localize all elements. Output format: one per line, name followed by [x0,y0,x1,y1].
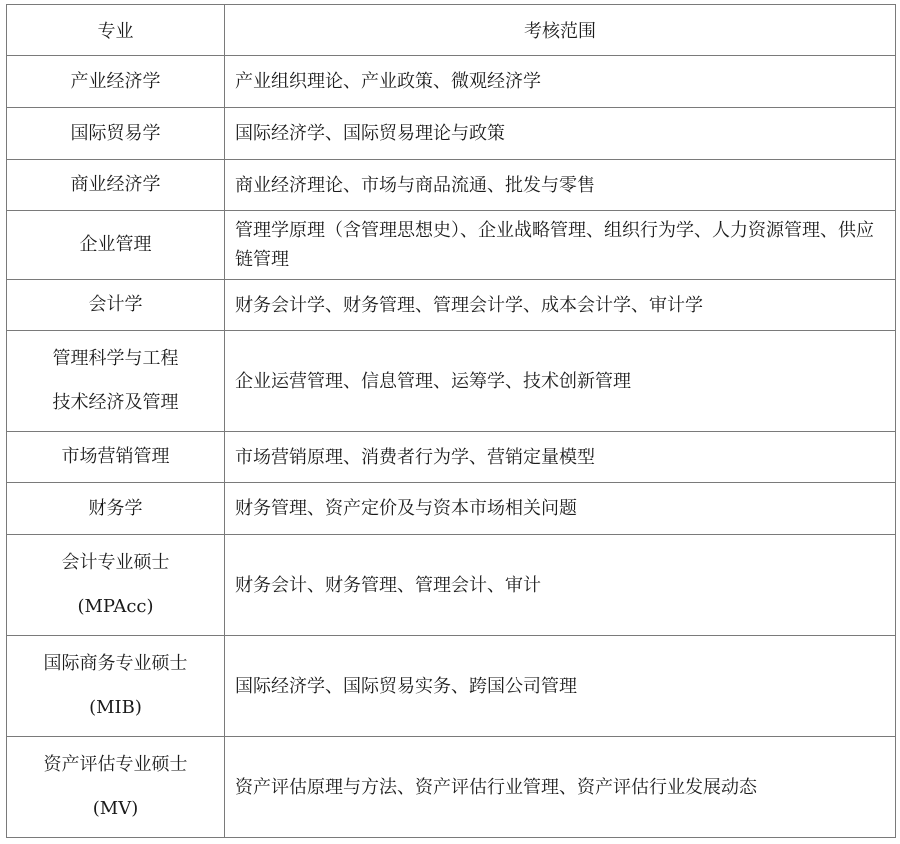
major-name: (MIB) [7,686,224,730]
table-row: 企业管理管理学原理（含管理思想史）、企业战略管理、组织行为学、人力资源管理、供应… [7,211,896,280]
major-cell: 市场营销管理 [7,432,225,483]
table-row: 产业经济学产业组织理论、产业政策、微观经济学 [7,56,896,108]
major-name: 资产评估专业硕士 [7,743,224,787]
table-row: 资产评估专业硕士(MV)资产评估原理与方法、资产评估行业管理、资产评估行业发展动… [7,737,896,838]
major-name: 管理科学与工程 [7,337,224,381]
scope-cell: 财务管理、资产定价及与资本市场相关问题 [225,483,896,535]
table-row: 国际贸易学国际经济学、国际贸易理论与政策 [7,108,896,160]
major-cell: 国际贸易学 [7,108,225,160]
header-scope: 考核范围 [225,5,896,56]
major-cell: 商业经济学 [7,160,225,211]
major-name: 商业经济学 [7,163,224,207]
major-name: 企业管理 [7,223,224,267]
table-row: 会计学财务会计学、财务管理、管理会计学、成本会计学、审计学 [7,280,896,331]
table-header-row: 专业 考核范围 [7,5,896,56]
scope-cell: 产业组织理论、产业政策、微观经济学 [225,56,896,108]
scope-cell: 管理学原理（含管理思想史）、企业战略管理、组织行为学、人力资源管理、供应链管理 [225,211,896,280]
table-row: 市场营销管理市场营销原理、消费者行为学、营销定量模型 [7,432,896,483]
major-name: 会计学 [7,283,224,327]
scope-cell: 商业经济理论、市场与商品流通、批发与零售 [225,160,896,211]
major-cell: 管理科学与工程技术经济及管理 [7,331,225,432]
major-name: 国际贸易学 [7,112,224,156]
table-row: 管理科学与工程技术经济及管理企业运营管理、信息管理、运筹学、技术创新管理 [7,331,896,432]
scope-cell: 国际经济学、国际贸易理论与政策 [225,108,896,160]
major-name: 产业经济学 [7,60,224,104]
major-name: 财务学 [7,487,224,531]
major-name: 会计专业硕士 [7,541,224,585]
scope-cell: 财务会计学、财务管理、管理会计学、成本会计学、审计学 [225,280,896,331]
major-name: 国际商务专业硕士 [7,642,224,686]
header-major: 专业 [7,5,225,56]
major-name: 市场营销管理 [7,435,224,479]
major-cell: 产业经济学 [7,56,225,108]
major-cell: 企业管理 [7,211,225,280]
major-name: 技术经济及管理 [7,381,224,425]
exam-scope-table: 专业 考核范围 产业经济学产业组织理论、产业政策、微观经济学国际贸易学国际经济学… [6,4,896,838]
table-row: 财务学财务管理、资产定价及与资本市场相关问题 [7,483,896,535]
major-cell: 国际商务专业硕士(MIB) [7,636,225,737]
table-row: 国际商务专业硕士(MIB)国际经济学、国际贸易实务、跨国公司管理 [7,636,896,737]
major-cell: 会计专业硕士(MPAcc) [7,535,225,636]
scope-cell: 市场营销原理、消费者行为学、营销定量模型 [225,432,896,483]
major-cell: 资产评估专业硕士(MV) [7,737,225,838]
table-row: 商业经济学商业经济理论、市场与商品流通、批发与零售 [7,160,896,211]
major-cell: 财务学 [7,483,225,535]
scope-cell: 国际经济学、国际贸易实务、跨国公司管理 [225,636,896,737]
major-cell: 会计学 [7,280,225,331]
major-name: (MPAcc) [7,585,224,629]
major-name: (MV) [7,787,224,831]
scope-cell: 财务会计、财务管理、管理会计、审计 [225,535,896,636]
scope-cell: 企业运营管理、信息管理、运筹学、技术创新管理 [225,331,896,432]
scope-cell: 资产评估原理与方法、资产评估行业管理、资产评估行业发展动态 [225,737,896,838]
table-row: 会计专业硕士(MPAcc)财务会计、财务管理、管理会计、审计 [7,535,896,636]
